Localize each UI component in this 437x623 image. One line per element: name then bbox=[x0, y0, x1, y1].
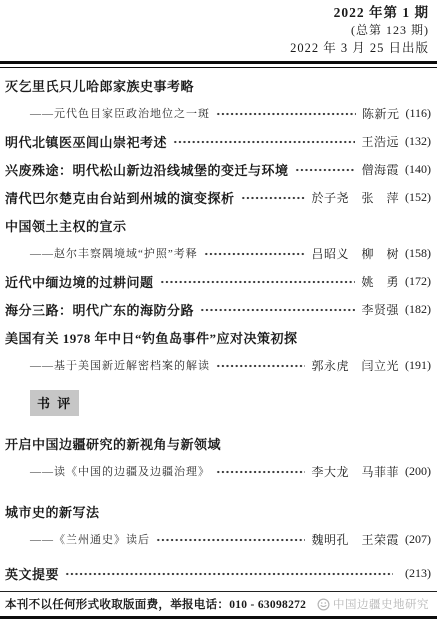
table-of-contents: 灭乞里氏只儿哈郎家族史事考略——元代色目家臣政治地位之一斑陈新元(116)明代北… bbox=[0, 68, 437, 587]
entry-title: 明代北镇医巫闾山崇祀考述 bbox=[5, 132, 167, 151]
toc-entry-leader-row: ——元代色目家臣政治地位之一斑陈新元(116) bbox=[5, 99, 431, 127]
entry-authors: 王浩远 bbox=[361, 133, 399, 150]
entry-title: 灭乞里氏只儿哈郎家族史事考略 bbox=[5, 76, 194, 95]
entry-page-number: (207) bbox=[405, 532, 431, 547]
entry-subtitle: ——读《中国的边疆及边疆治理》 bbox=[30, 463, 210, 479]
no-fee-notice: 本刊不以任何形式收取版面费，举报电话：010 - 63098272 bbox=[5, 596, 306, 612]
toc-entry-leader-row: ——读《中国的边疆及边疆治理》李大龙 马菲菲(200) bbox=[5, 457, 431, 485]
toc-entry-title-row: 美国有关 1978 年中日“钓鱼岛事件”应对决策初探 bbox=[5, 323, 431, 351]
entry-title: 英文提要 bbox=[5, 564, 59, 583]
header-divider-rule bbox=[0, 61, 437, 68]
entry-page-number: (213) bbox=[405, 566, 431, 581]
entry-title: 中国领土主权的宣示 bbox=[5, 216, 127, 235]
dot-leader bbox=[216, 107, 356, 121]
toc-entry-leader-row: 明代北镇医巫闾山崇祀考述王浩远(132) bbox=[5, 127, 431, 155]
entry-subtitle: ——元代色目家臣政治地位之一斑 bbox=[30, 105, 210, 121]
journal-toc-page: 2022 年第 1 期 (总第 123 期) 2022 年 3 月 25 日出版… bbox=[0, 0, 437, 623]
journal-watermark: 中国边疆史地研究 bbox=[317, 596, 429, 612]
bottom-thick-rule bbox=[0, 616, 437, 619]
entry-title: 兴废殊途：明代松山新边沿线城堡的变迁与环境 bbox=[5, 160, 289, 179]
entry-title: 城市史的新写法 bbox=[5, 502, 100, 521]
entry-page-number: (200) bbox=[405, 464, 431, 479]
dot-leader bbox=[295, 163, 356, 177]
toc-entry-leader-row: 海分三路：明代广东的海防分路李贤强(182) bbox=[5, 295, 431, 323]
dot-leader bbox=[160, 275, 356, 289]
entry-title: 清代巴尔楚克由台站到州城的演变探析 bbox=[5, 188, 235, 207]
toc-entry-title-row: 中国领土主权的宣示 bbox=[5, 211, 431, 239]
entry-authors: 僧海霞 bbox=[361, 161, 399, 178]
entry-page-number: (158) bbox=[405, 246, 431, 261]
dot-leader bbox=[204, 247, 306, 261]
entry-subtitle: ——基于美国新近解密档案的解读 bbox=[30, 357, 210, 373]
entry-title: 开启中国边疆研究的新视角与新领域 bbox=[5, 434, 221, 453]
entry-authors: 吕昭义 柳 树 bbox=[311, 245, 399, 262]
dot-leader bbox=[156, 533, 305, 547]
toc-entry-leader-row: ——《兰州通史》读后魏明孔 王荣霞(207) bbox=[5, 525, 431, 553]
entry-page-number: (140) bbox=[405, 162, 431, 177]
toc-entry-leader-row: ——赵尔丰察隅境域“护照”考释吕昭义 柳 树(158) bbox=[5, 239, 431, 267]
entry-authors: 於子尧 张 萍 bbox=[311, 189, 399, 206]
toc-entry-leader-row: 近代中缅边境的过耕问题姚 勇(172) bbox=[5, 267, 431, 295]
entry-page-number: (172) bbox=[405, 274, 431, 289]
journal-watermark-text: 中国边疆史地研究 bbox=[333, 596, 429, 612]
toc-entry-leader-row: ——基于美国新近解密档案的解读郭永虎 闫立光(191) bbox=[5, 351, 431, 379]
issue-masthead: 2022 年第 1 期 (总第 123 期) 2022 年 3 月 25 日出版 bbox=[0, 0, 437, 61]
entry-authors: 魏明孔 王荣霞 bbox=[311, 531, 399, 548]
dot-leader bbox=[173, 135, 355, 149]
journal-logo-icon bbox=[317, 598, 330, 611]
entry-page-number: (152) bbox=[405, 190, 431, 205]
toc-entry-leader-row: 英文提要(213) bbox=[5, 559, 431, 587]
dot-leader bbox=[200, 303, 355, 317]
section-heading-row: 书 评 bbox=[5, 389, 431, 417]
publication-date: 2022 年 3 月 25 日出版 bbox=[0, 39, 429, 57]
entry-title: 海分三路：明代广东的海防分路 bbox=[5, 300, 194, 319]
entry-authors: 李大龙 马菲菲 bbox=[311, 463, 399, 480]
dot-leader bbox=[241, 191, 306, 205]
entry-page-number: (132) bbox=[405, 134, 431, 149]
entry-authors: 姚 勇 bbox=[361, 273, 399, 290]
issue-number: 2022 年第 1 期 bbox=[0, 4, 429, 22]
toc-entry-title-row: 灭乞里氏只儿哈郎家族史事考略 bbox=[5, 71, 431, 99]
toc-entry-title-row: 开启中国边疆研究的新视角与新领域 bbox=[5, 429, 431, 457]
dot-leader bbox=[65, 567, 393, 581]
entry-authors: 李贤强 bbox=[361, 301, 399, 318]
entry-title: 近代中缅边境的过耕问题 bbox=[5, 272, 154, 291]
entry-page-number: (182) bbox=[405, 302, 431, 317]
entry-page-number: (116) bbox=[405, 106, 431, 121]
entry-authors: 陈新元 bbox=[362, 105, 400, 122]
entry-title: 美国有关 1978 年中日“钓鱼岛事件”应对决策初探 bbox=[5, 328, 298, 347]
page-footer: 本刊不以任何形式收取版面费，举报电话：010 - 63098272 中国边疆史地… bbox=[0, 592, 437, 616]
toc-entry-leader-row: 兴废殊途：明代松山新边沿线城堡的变迁与环境僧海霞(140) bbox=[5, 155, 431, 183]
dot-leader bbox=[216, 465, 305, 479]
entry-subtitle: ——《兰州通史》读后 bbox=[30, 531, 150, 547]
cumulative-issue-number: (总第 123 期) bbox=[0, 22, 429, 39]
entry-page-number: (191) bbox=[405, 358, 431, 373]
entry-authors: 郭永虎 闫立光 bbox=[311, 357, 399, 374]
dot-leader bbox=[216, 359, 305, 373]
toc-entry-leader-row: 清代巴尔楚克由台站到州城的演变探析於子尧 张 萍(152) bbox=[5, 183, 431, 211]
toc-entry-title-row: 城市史的新写法 bbox=[5, 497, 431, 525]
entry-subtitle: ——赵尔丰察隅境域“护照”考释 bbox=[30, 245, 198, 261]
book-review-section-badge: 书 评 bbox=[30, 390, 79, 416]
